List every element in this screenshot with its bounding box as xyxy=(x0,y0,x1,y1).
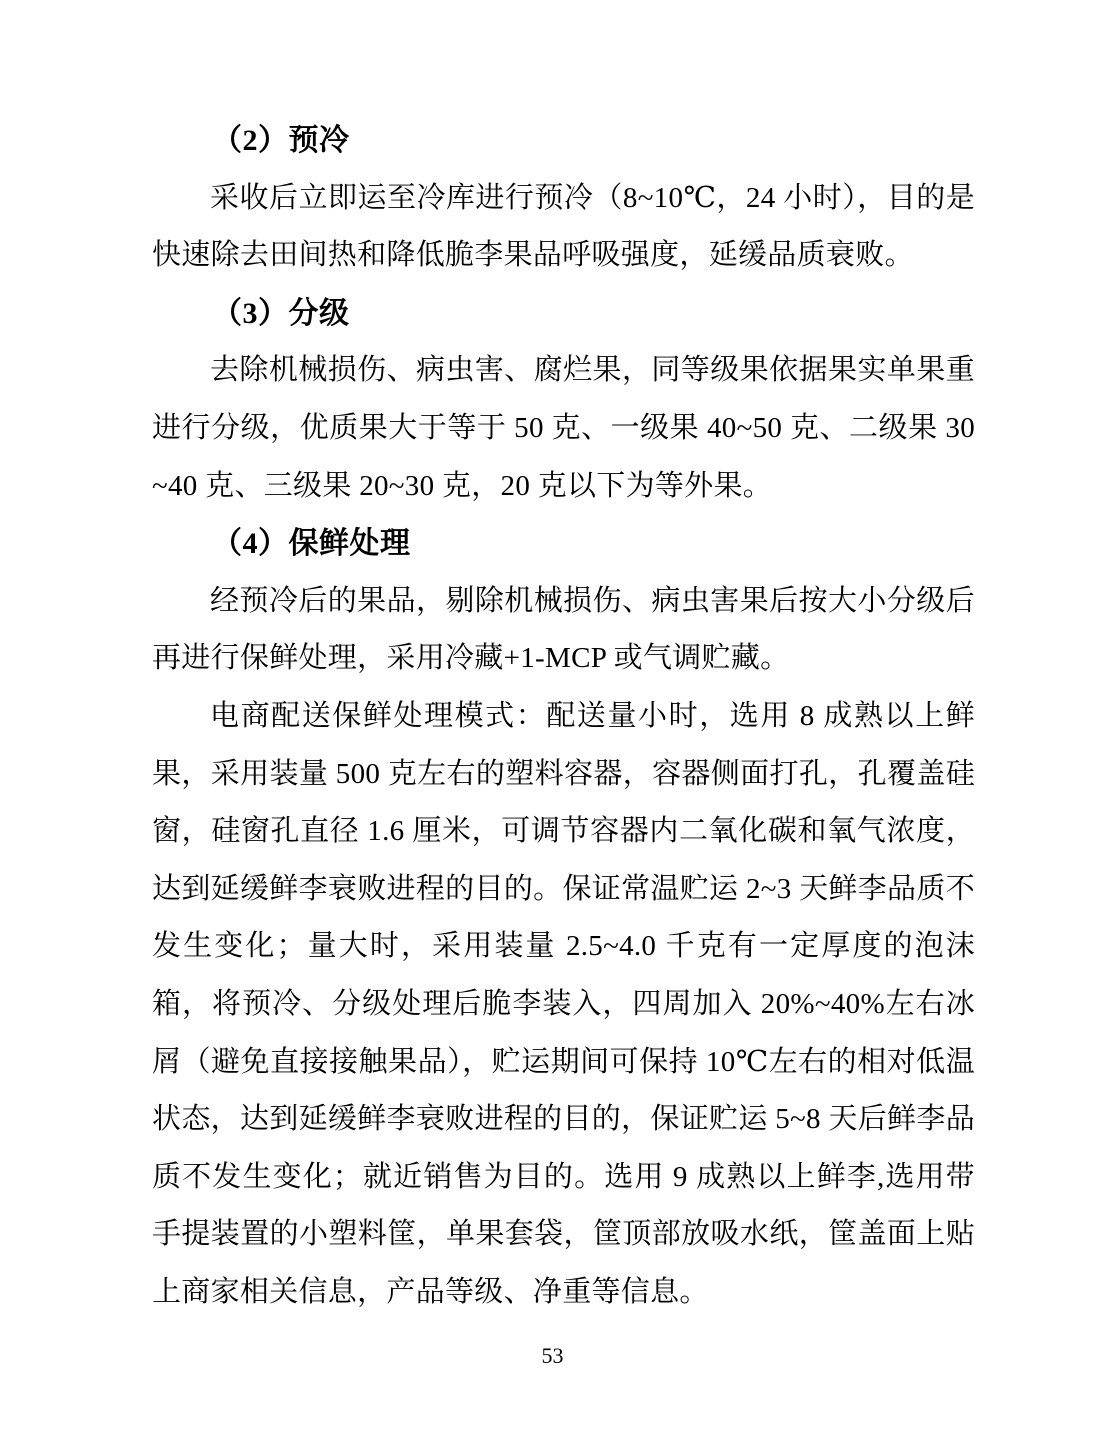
paragraph: 经预冷后的果品，剔除机械损伤、病虫害果后按大小分级后再进行保鲜处理，采用冷藏+1… xyxy=(152,573,975,688)
section-heading-grading: （3）分级 xyxy=(152,285,975,343)
page-number: 53 xyxy=(0,1340,1105,1372)
document-body: （2）预冷 采收后立即运至冷库进行预冷（8~10℃，24 小时），目的是快速除去… xyxy=(152,112,975,1321)
paragraph: 电商配送保鲜处理模式：配送量小时，选用 8 成熟以上鲜果，采用装量 500 克左… xyxy=(152,688,975,1322)
paragraph: 采收后立即运至冷库进行预冷（8~10℃，24 小时），目的是快速除去田间热和降低… xyxy=(152,170,975,285)
section-heading-precooling: （2）预冷 xyxy=(152,112,975,170)
document-page: （2）预冷 采收后立即运至冷库进行预冷（8~10℃，24 小时），目的是快速除去… xyxy=(0,0,1105,1430)
section-heading-preservation: （4）保鲜处理 xyxy=(152,515,975,573)
paragraph: 去除机械损伤、病虫害、腐烂果，同等级果依据果实单果重进行分级，优质果大于等于 5… xyxy=(152,342,975,515)
